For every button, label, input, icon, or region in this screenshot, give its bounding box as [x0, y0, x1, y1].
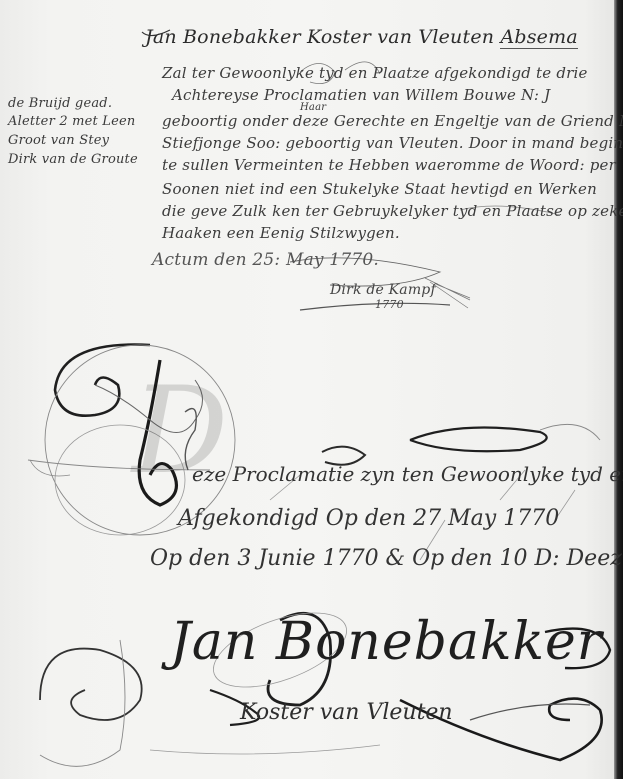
- body-line: geboortig onder deze Gerechte en Engeltj…: [162, 112, 623, 130]
- header-annotation: Absema: [500, 26, 577, 49]
- body-line: Achtereyse Proclamatien van Willem Bouwe…: [172, 86, 550, 104]
- margin-note-line: Groot van Stey: [8, 133, 109, 148]
- proclamation-line: eze Proclamatie zyn ten Gewoonlyke tyd e…: [192, 462, 623, 486]
- body-line: te sullen Vermeinten te Hebben waeromme …: [162, 156, 616, 174]
- body-line: die geve Zulk ken ter Gebruykelyker tyd …: [162, 202, 623, 220]
- record-header: Jan Bonebakker Koster van Vleuten Absema: [145, 26, 578, 48]
- margin-note-line: de Bruijd gead.: [8, 96, 112, 111]
- closing-signature-title: Koster van Vleuten: [240, 700, 453, 725]
- body-line: Soonen niet ind een Stukelyke Staat hevt…: [162, 180, 597, 198]
- body-line: Zal ter Gewoonlyke tyd en Plaatze afgeko…: [162, 64, 588, 82]
- header-title: Jan Bonebakker Koster van Vleuten: [145, 26, 494, 48]
- margin-note-line: Aletter 2 met Leen: [8, 114, 136, 129]
- body-line: Haaken een Eenig Stilzwygen.: [162, 224, 400, 242]
- proclamation-line: Op den 3 Junie 1770 & Op den 10 D: Deez: [150, 546, 622, 571]
- date-line: Actum den 25: May 1770.: [152, 250, 379, 270]
- margin-note-line: Dirk van de Groute: [8, 152, 138, 167]
- proclamation-line: Afgekondigd Op den 27 May 1770: [178, 506, 559, 531]
- body-line: Stiefjonge Soo: geboortig van Vleuten. D…: [162, 134, 623, 152]
- witness-signature-year: 1770: [375, 298, 404, 311]
- witness-signature: Dirk de Kampf: [330, 282, 436, 298]
- closing-signature-name: Jan Bonebakker: [170, 612, 603, 672]
